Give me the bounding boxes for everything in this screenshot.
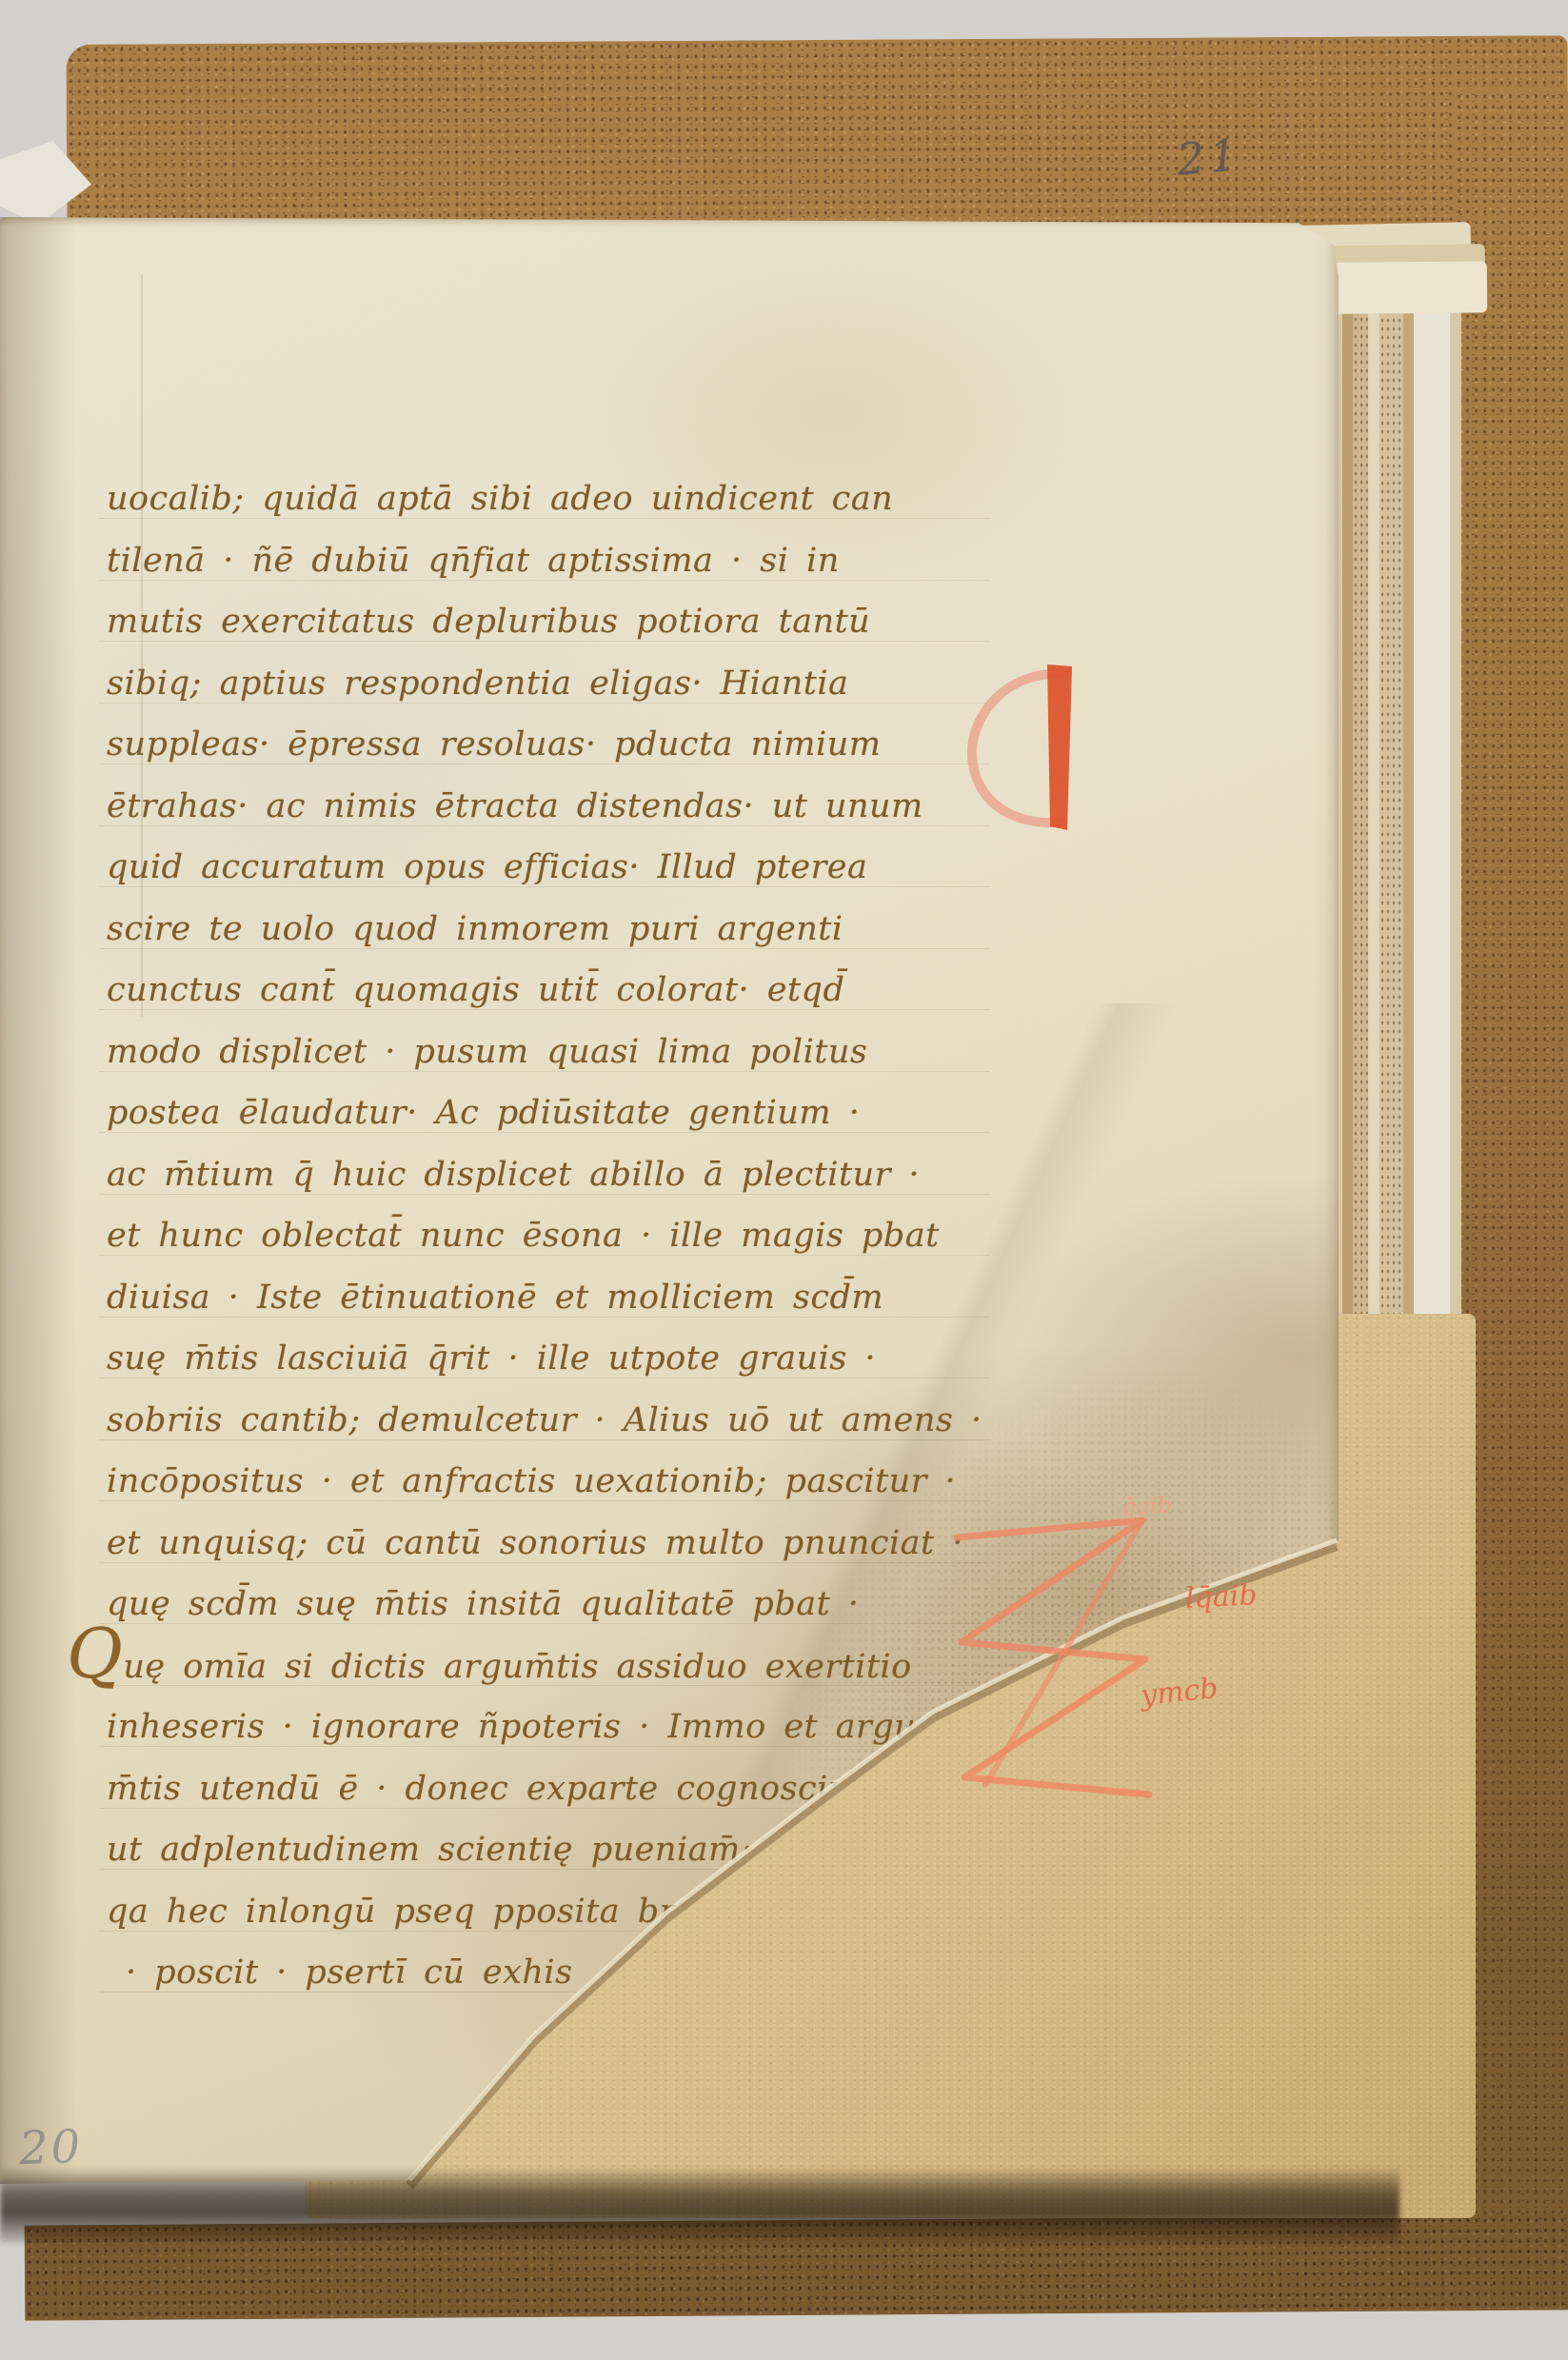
text-line: sobriis cantib; demulcetur · Alius uō ut…: [107, 1390, 1021, 1452]
text-line: postea ēlaudatur· Ac pdiūsitate gentium …: [107, 1082, 1021, 1144]
marginal-rubric-mark: [928, 1471, 1242, 1833]
text-line: inheseris · ignorare ñpoteris · Immo et …: [107, 1696, 1021, 1758]
text-line: incōpositus · et anfractis uexationib; p…: [107, 1451, 1021, 1513]
text-line: scire te uolo quod inmorem puri argenti: [107, 899, 1021, 961]
text-line: ētrahas· ac nimis ētracta distendas· ut …: [107, 776, 1021, 838]
text-line: suppleas· ēpressa resoluas· pducta nimiu…: [107, 714, 1021, 776]
text-line: quę scd̄m suę m̄tis insitā qualitatē pba…: [107, 1574, 1021, 1636]
initial-letter-drawing: [960, 657, 1083, 843]
text-line: modo displicet · pusum quasi lima politu…: [107, 1021, 1021, 1083]
gutter-shadow: [0, 217, 76, 2184]
page-bottom-shadow: [0, 2167, 1399, 2243]
text-line: et unquisq; cū cantū sonorius multo pnun…: [107, 1513, 1021, 1575]
text-line: sibiq; aptius respondentia eligas· Hiant…: [107, 653, 1021, 715]
folio-number: 21: [1175, 129, 1244, 186]
text-line: quid accuratum opus efficias· Illud pter…: [107, 837, 1021, 899]
text-line: uocalib; quidā aptā sibi adeo uindicent …: [107, 468, 1021, 530]
text-line: diuisa · Iste ētinuationē et molliciem s…: [107, 1267, 1021, 1329]
text-line: cunctus cant̄ quomagis utit̄ colorat· et…: [107, 960, 1021, 1021]
text-line: ac m̄tium q̄ huic displicet abillo ā ple…: [107, 1144, 1021, 1206]
text-line: mutis exercitatus depluribus potiora tan…: [107, 591, 1021, 653]
initial-letter-D: D: [960, 657, 1083, 843]
leather-binding-top: [66, 35, 1568, 233]
text-line: tilenā · ñē dubiū qn̄fiat aptissima · si…: [107, 530, 1021, 592]
manuscript-photo: uocalib; quidā aptā sibi adeo uindicent …: [0, 0, 1568, 2360]
text-line: Quę omīa si dictis argum̄tis assiduo exe…: [107, 1636, 1021, 1697]
text-line: et hunc oblectat̄ nunc ēsona · ille magi…: [107, 1205, 1021, 1267]
text-line: suę m̄tis lasciuiā q̄rit · ille utpote g…: [107, 1328, 1021, 1390]
red-zigzag-icon: [928, 1471, 1242, 1833]
